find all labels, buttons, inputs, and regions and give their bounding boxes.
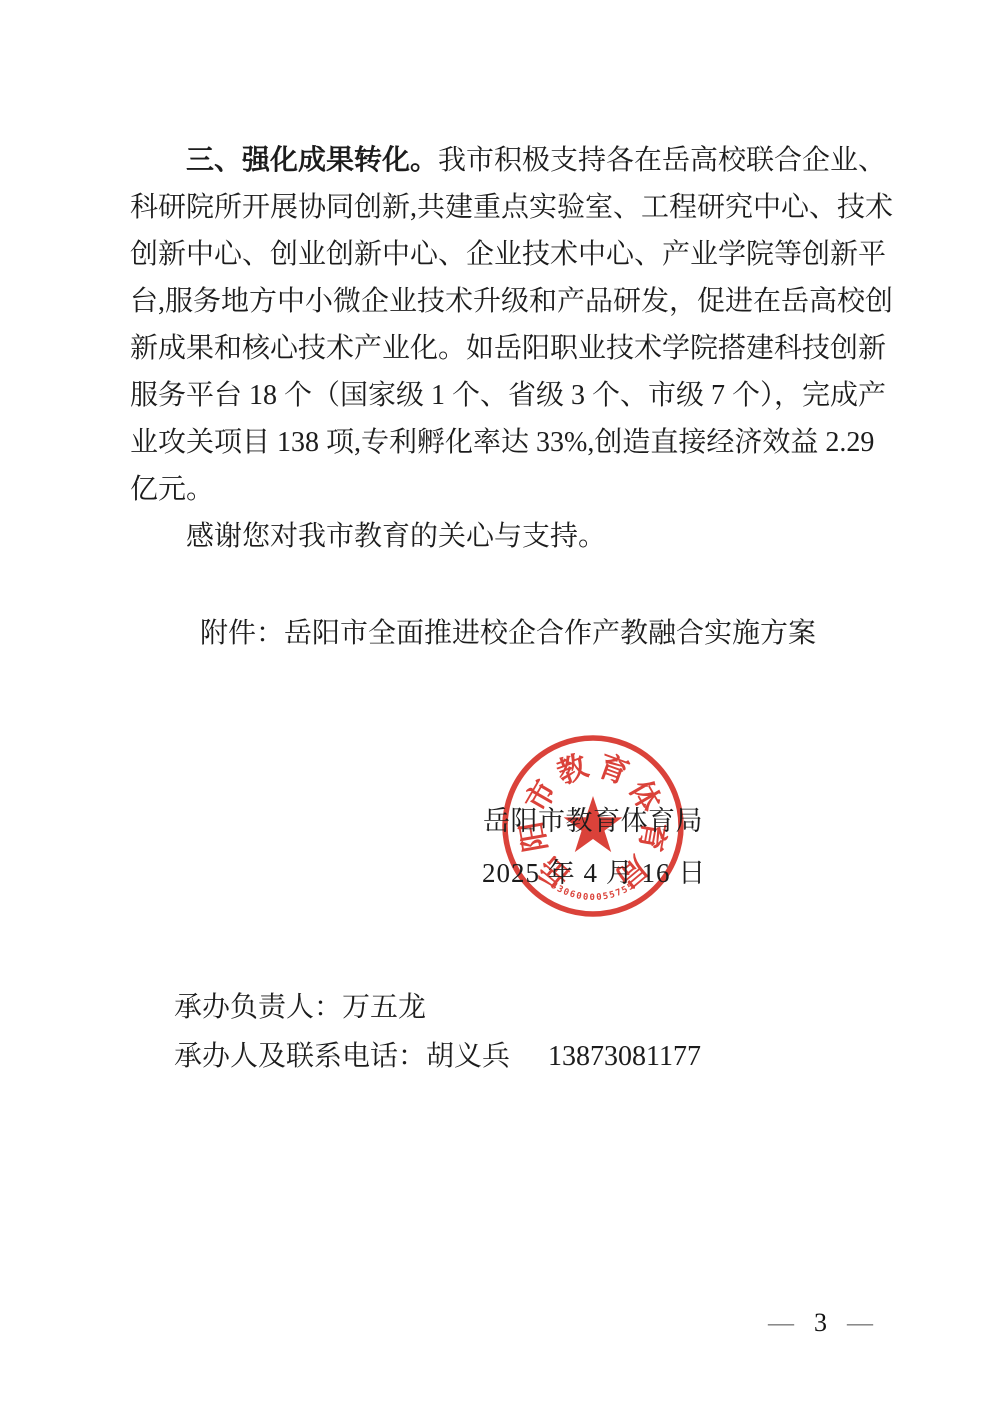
footer-dash-right: —: [847, 1308, 873, 1337]
contact-row: 承办人及联系电话：胡义兵13873081177: [174, 1032, 701, 1081]
signature-date: 2025 年 4 月 16 日: [482, 851, 706, 890]
signature-org: 岳阳市教育体育局: [483, 799, 703, 838]
body-line: 科研院所开展协同创新,共建重点实验室、工程研究中心、技术: [130, 184, 888, 231]
section-heading: 三、强化成果转化。: [186, 145, 438, 176]
page-number: 3: [814, 1308, 827, 1337]
contact-label: 承办负责人：: [174, 992, 342, 1023]
body-line: 服务平台 18 个（国家级 1 个、省级 3 个、市级 7 个），完成产: [130, 372, 888, 419]
footer-dash-left: —: [768, 1308, 794, 1337]
contact-row: 承办负责人：万五龙: [174, 983, 701, 1032]
contact-phone: 13873081177: [548, 1041, 701, 1072]
body-line: 业攻关项目 138 项,专利孵化率达 33%,创造直接经济效益 2.29: [130, 419, 888, 466]
body-line: 亿元。: [130, 466, 888, 513]
body-line: 新成果和核心技术产业化。如岳阳职业技术学院搭建科技创新: [130, 325, 888, 372]
attachment-title: 岳阳市全面推进校企合作产教融合实施方案: [284, 618, 816, 649]
attachment-line: 附件：岳阳市全面推进校企合作产教融合实施方案: [200, 610, 816, 657]
svg-text:教: 教: [553, 749, 593, 791]
contact-label: 承办人及联系电话：: [174, 1041, 426, 1072]
contact-name: 胡义兵: [426, 1041, 510, 1072]
document-page: 三、强化成果转化。我市积极支持各在岳高校联合企业、 科研院所开展协同创新,共建重…: [0, 0, 1000, 1414]
contact-name: 万五龙: [342, 992, 426, 1023]
body-line: 三、强化成果转化。我市积极支持各在岳高校联合企业、: [130, 137, 888, 184]
body-line: 台,服务地方中小微企业技术升级和产品研发，促进在岳高校创: [130, 278, 888, 325]
svg-text:育: 育: [594, 749, 634, 791]
attachment-label: 附件：: [200, 618, 284, 649]
body-text: 三、强化成果转化。我市积极支持各在岳高校联合企业、 科研院所开展协同创新,共建重…: [130, 137, 888, 560]
contact-block: 承办负责人：万五龙 承办人及联系电话：胡义兵13873081177: [174, 983, 701, 1081]
page-number-footer: —3—: [768, 1308, 873, 1338]
closing-line: 感谢您对我市教育的关心与支持。: [130, 513, 888, 560]
body-line-text: 我市积极支持各在岳高校联合企业、: [438, 145, 886, 176]
body-line: 创新中心、创业创新中心、企业技术中心、产业学院等创新平: [130, 231, 888, 278]
